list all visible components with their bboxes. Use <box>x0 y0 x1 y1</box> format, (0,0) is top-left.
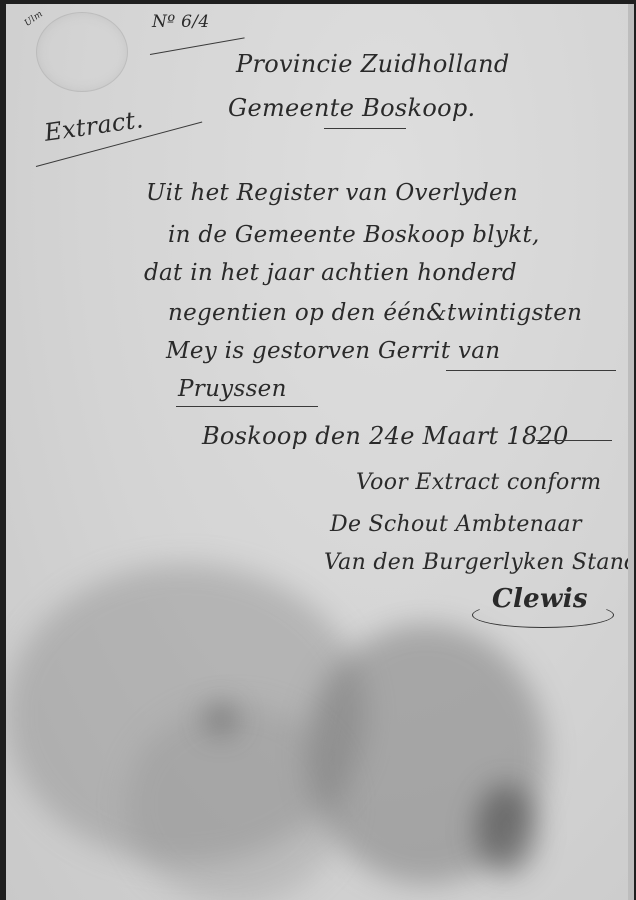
deceased-surname: Pruyssen <box>178 376 287 402</box>
water-stain <box>126 704 346 900</box>
corner-mark: Ulm <box>23 9 45 29</box>
body-line-4: negentien op den één&twintigsten <box>168 300 582 326</box>
closing-line-1: Voor Extract conform <box>356 470 601 495</box>
number-underline <box>150 37 245 55</box>
body-line-2: in de Gemeente Boskoop blykt, <box>168 222 540 248</box>
name-underline <box>446 370 616 371</box>
body-line-3: dat in het jaar achtien honderd <box>144 260 517 286</box>
closing-line-3: Van den Burgerlyken Stand <box>324 550 634 575</box>
province-heading: Provincie Zuidholland <box>236 50 510 78</box>
body-line-1: Uit het Register van Overlyden <box>146 180 518 206</box>
heading-flourish <box>324 128 406 129</box>
ink-blot <box>476 784 536 874</box>
year-underline <box>536 440 612 441</box>
page-edge <box>628 4 634 900</box>
place-date: Boskoop den 24e Maart 1820 <box>202 422 569 450</box>
document-number: Nº 6/4 <box>152 12 209 32</box>
ink-blot <box>206 704 236 734</box>
surname-underline <box>176 406 318 407</box>
signature-flourish <box>472 602 614 628</box>
municipality-heading: Gemeente Boskoop. <box>228 94 475 122</box>
closing-line-2: De Schout Ambtenaar <box>330 512 582 537</box>
embossed-seal <box>36 12 128 92</box>
document-page: Ulm Nº 6/4 Extract. Provincie Zuidhollan… <box>6 4 634 900</box>
body-line-5: Mey is gestorven Gerrit van <box>166 338 500 364</box>
